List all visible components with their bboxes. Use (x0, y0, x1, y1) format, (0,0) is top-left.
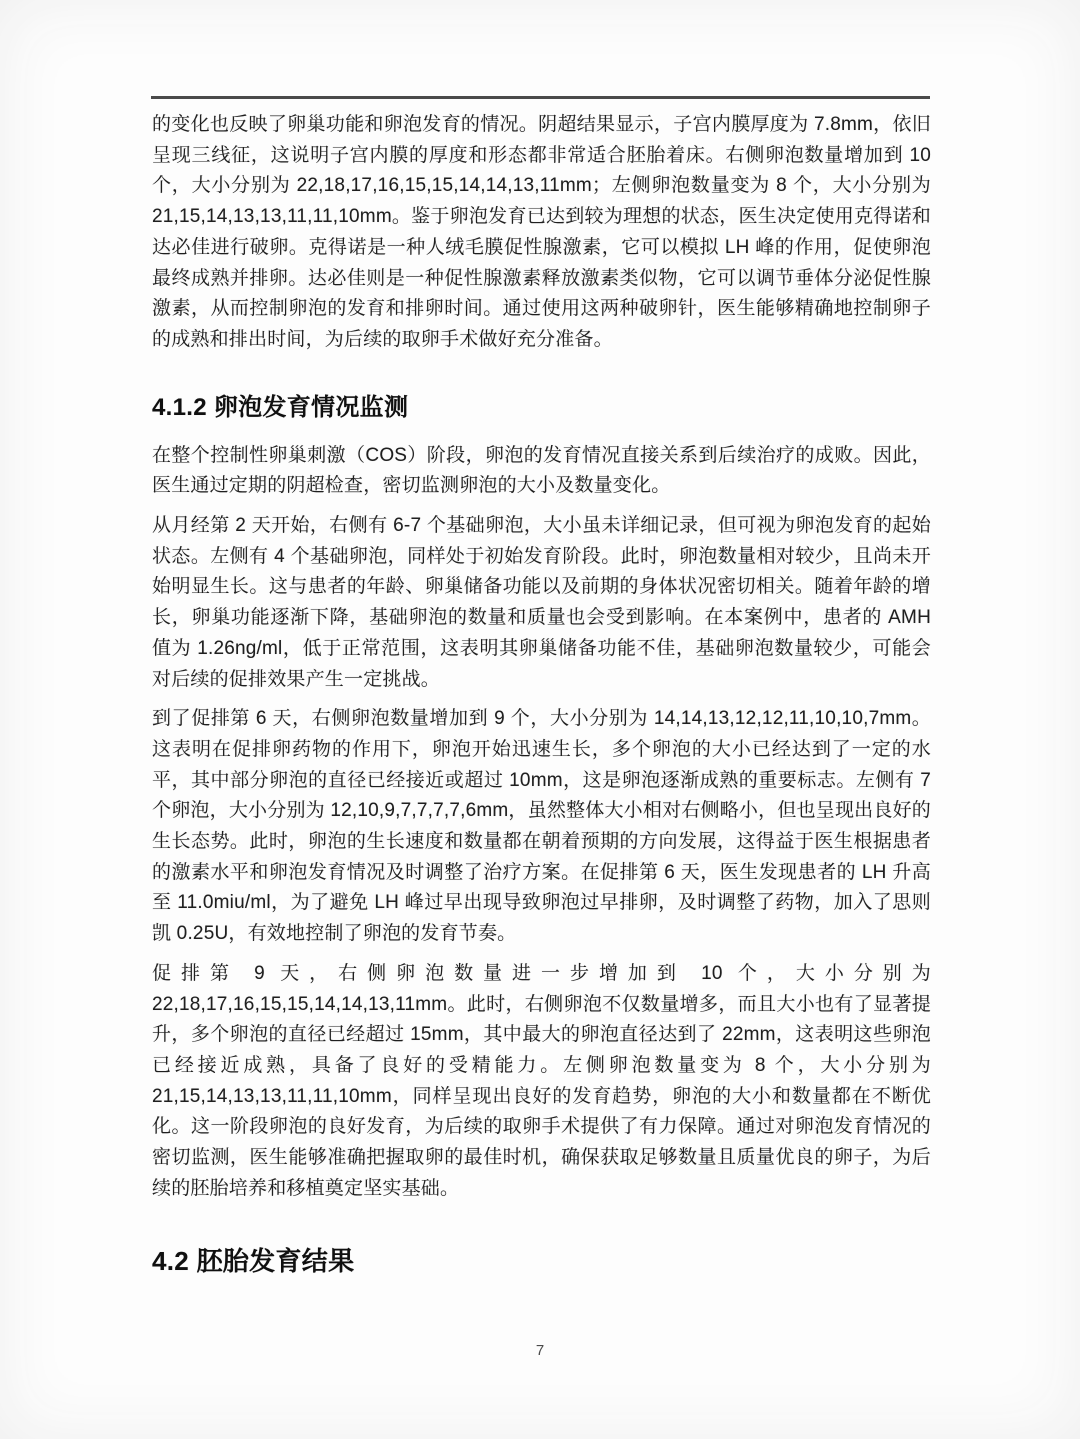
section-heading-4-2: 4.2 胚胎发育结果 (152, 1241, 931, 1278)
body-paragraph-stimulation-day-6: 到了促排第 6 天，右侧卵泡数量增加到 9 个，大小分别为 14,14,13,1… (152, 704, 931, 950)
document-page: 的变化也反映了卵巢功能和卵泡发育的情况。阴超结果显示，子宫内膜厚度为 7.8mm… (0, 0, 1080, 1439)
header-divider-line (151, 96, 930, 99)
body-paragraph-stimulation-day-9: 促排第 9 天，右侧卵泡数量进一步增加到 10 个，大小分别为 22,18,17… (152, 959, 931, 1205)
section-heading-4-1-2: 4.1.2 卵泡发育情况监测 (152, 387, 931, 422)
body-paragraph-cos-overview: 在整个控制性卵巢刺激（COS）阶段，卵泡的发育情况直接关系到后续治疗的成败。因此… (152, 441, 931, 502)
page-content: 的变化也反映了卵巢功能和卵泡发育的情况。阴超结果显示，子宫内膜厚度为 7.8mm… (152, 110, 931, 1278)
body-paragraph-cycle-day-2: 从月经第 2 天开始，右侧有 6-7 个基础卵泡，大小虽未详细记录，但可视为卵泡… (152, 511, 931, 695)
continuation-paragraph: 的变化也反映了卵巢功能和卵泡发育的情况。阴超结果显示，子宫内膜厚度为 7.8mm… (152, 110, 931, 356)
page-number: 7 (0, 1342, 1080, 1359)
